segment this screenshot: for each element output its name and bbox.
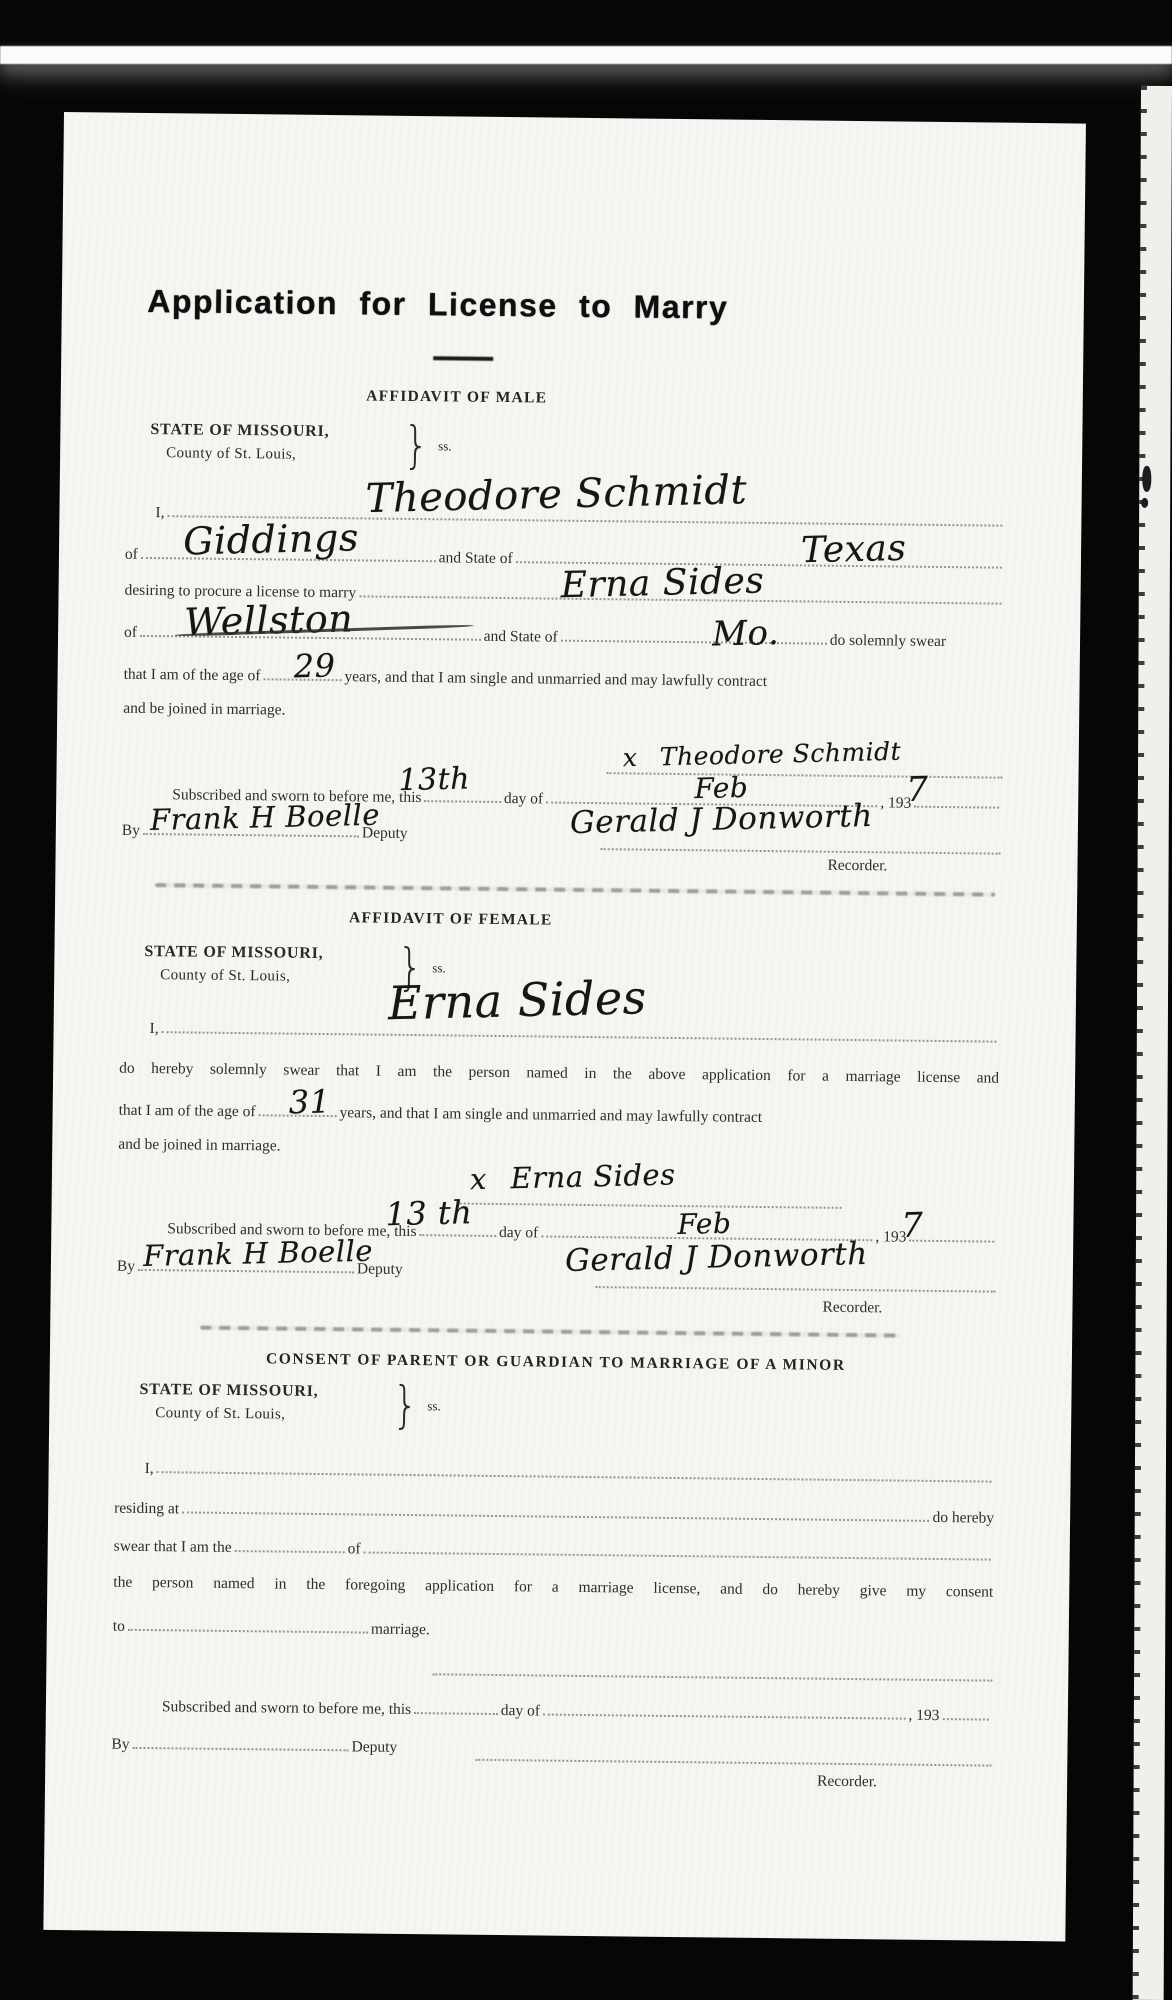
document-page: Application for License to Marry AFFIDAV… (43, 112, 1086, 1941)
male-signature-line (607, 770, 1003, 778)
age-pre-label: that I am of the age of (124, 665, 261, 687)
male-month-handwritten: Feb (694, 771, 749, 805)
age-post-label: years, and that I am single and unmarrie… (339, 1103, 762, 1128)
female-affidavit-heading: AFFIDAVIT OF FEMALE (121, 907, 781, 932)
consent-residing-row: residing at do hereby (114, 1495, 994, 1529)
day-of-label: day of (501, 1701, 540, 1722)
consent-state-block: STATE OF MISSOURI, County of St. Louis, … (139, 1381, 479, 1426)
film-edge-mark (1142, 466, 1151, 492)
scanned-microfilm-frame: { "doc": { "title": "Application for Lic… (0, 0, 1172, 2000)
female-signature-line (457, 1201, 842, 1209)
male-day-handwritten: 13th (398, 761, 470, 798)
male-age-handwritten: 29 (293, 646, 336, 685)
female-day-handwritten: 13 th (385, 1193, 473, 1233)
i-label: I, (144, 1459, 153, 1479)
male-recorder-signature: Gerald J Donworth (570, 798, 873, 841)
do-hereby-label: do hereby (932, 1508, 994, 1529)
male-bride-city-handwritten: Wellston (184, 596, 354, 644)
film-edge-strip (1133, 86, 1172, 2000)
brace-glyph: } (403, 416, 429, 474)
dotted-line (182, 1495, 930, 1521)
female-signature-name: Erna Sides (510, 1157, 676, 1195)
consent-recorder-label: Recorder. (817, 1773, 877, 1792)
consent-subscribed-row: Subscribed and sworn to before me, this … (162, 1693, 992, 1727)
smudge-line (200, 1326, 900, 1338)
male-signature-name: Theodore Schmidt (660, 737, 902, 772)
dotted-line (235, 1534, 345, 1553)
by-label: By (122, 821, 140, 841)
subscribed-label: Subscribed and sworn to before me, this (162, 1697, 411, 1720)
male-state-block: STATE OF MISSOURI, County of St. Louis, … (150, 421, 490, 466)
male-year-digit-handwritten: 7 (906, 769, 929, 810)
female-recorder-label: Recorder. (822, 1299, 882, 1318)
joined-label: and be joined in marriage. (118, 1135, 280, 1157)
consent-signature-line (432, 1671, 992, 1681)
dotted-line (128, 1613, 368, 1634)
male-affidavit-heading: AFFIDAVIT OF MALE (127, 385, 787, 410)
male-deputy-signature: Frank H Boelle (150, 798, 381, 837)
dotted-line (133, 1731, 349, 1751)
to-label: to (113, 1617, 125, 1637)
brace-glyph: } (392, 1376, 418, 1434)
year-printed-label: , 193 (908, 1706, 939, 1726)
consent-to-row: to marriage. (113, 1613, 993, 1647)
female-age-row: that I am of the age of years, and that … (119, 1097, 999, 1131)
do-solemnly-swear-label: do solemnly swear (830, 631, 946, 652)
female-month-handwritten: Feb (677, 1207, 732, 1241)
age-pre-label: that I am of the age of (119, 1101, 256, 1123)
film-edge-mark (1141, 498, 1148, 508)
residing-at-label: residing at (114, 1499, 179, 1520)
male-city-handwritten: Giddings (183, 515, 360, 563)
dotted-line (543, 1698, 906, 1720)
scan-flash-band (0, 46, 1172, 64)
and-state-of-label: and State of (484, 627, 558, 648)
female-year-digit-handwritten: 7 (901, 1205, 924, 1246)
female-deputy-signature: Frank H Boelle (143, 1234, 374, 1273)
marriage-label: marriage. (371, 1620, 430, 1641)
swear-pre-label: swear that I am the (114, 1537, 232, 1558)
female-recorder-signature: Gerald J Donworth (565, 1236, 868, 1279)
of-label: of (124, 623, 137, 643)
female-swear-line: do hereby solemnly swear that I am the p… (119, 1059, 999, 1089)
signature-x-mark: x (622, 743, 637, 772)
consent-heading: CONSENT OF PARENT OR GUARDIAN TO MARRIAG… (116, 1349, 996, 1377)
day-of-label: day of (499, 1223, 538, 1244)
document-title: Application for License to Marry (138, 283, 738, 327)
smudge-line (155, 883, 995, 897)
consent-person-line: the person named in the foregoing applic… (113, 1573, 993, 1603)
consent-i-row: I, (144, 1455, 994, 1489)
male-joined-row: and be joined in marriage. (123, 699, 1003, 729)
deputy-label: Deputy (351, 1737, 397, 1758)
male-signature-handwritten: x Theodore Schmidt (622, 737, 901, 773)
joined-label: and be joined in marriage. (123, 699, 285, 721)
male-name-handwritten: Theodore Schmidt (365, 467, 747, 522)
male-bride-state-handwritten: Mo. (712, 613, 780, 655)
and-state-of-label: and State of (439, 548, 513, 569)
of-label: of (348, 1539, 361, 1559)
female-age-handwritten: 31 (288, 1082, 331, 1121)
female-signature-handwritten: x Erna Sides (470, 1157, 676, 1196)
title-rule (433, 356, 493, 361)
day-of-label: day of (504, 789, 543, 810)
of-label: of (125, 545, 138, 565)
age-post-label: years, and that I am single and unmarrie… (344, 667, 767, 692)
dotted-line (157, 1455, 992, 1482)
film-edge-ticks (1133, 86, 1147, 2000)
ss-label: ss. (427, 1398, 441, 1414)
dotted-line (414, 1696, 498, 1715)
ss-label: ss. (438, 438, 452, 454)
i-label: I, (155, 503, 164, 523)
dotted-line (364, 1535, 991, 1560)
by-label: By (111, 1735, 129, 1755)
male-bride-name-handwritten: Erna Sides (560, 560, 765, 606)
by-label: By (117, 1257, 135, 1277)
male-age-row: that I am of the age of years, and that … (124, 661, 1004, 695)
male-state-handwritten: Texas (801, 528, 907, 571)
i-label: I, (149, 1019, 158, 1039)
line-spacer (430, 1618, 993, 1640)
dotted-line (942, 1702, 989, 1721)
line-spacer (397, 1736, 991, 1759)
female-name-handwritten: Erna Sides (387, 970, 647, 1030)
line-spacer (946, 630, 1004, 647)
signature-x-mark: x (470, 1162, 488, 1196)
dotted-line (561, 624, 827, 645)
male-recorder-label: Recorder. (827, 857, 887, 876)
consent-swear-row: swear that I am the of (114, 1533, 994, 1567)
